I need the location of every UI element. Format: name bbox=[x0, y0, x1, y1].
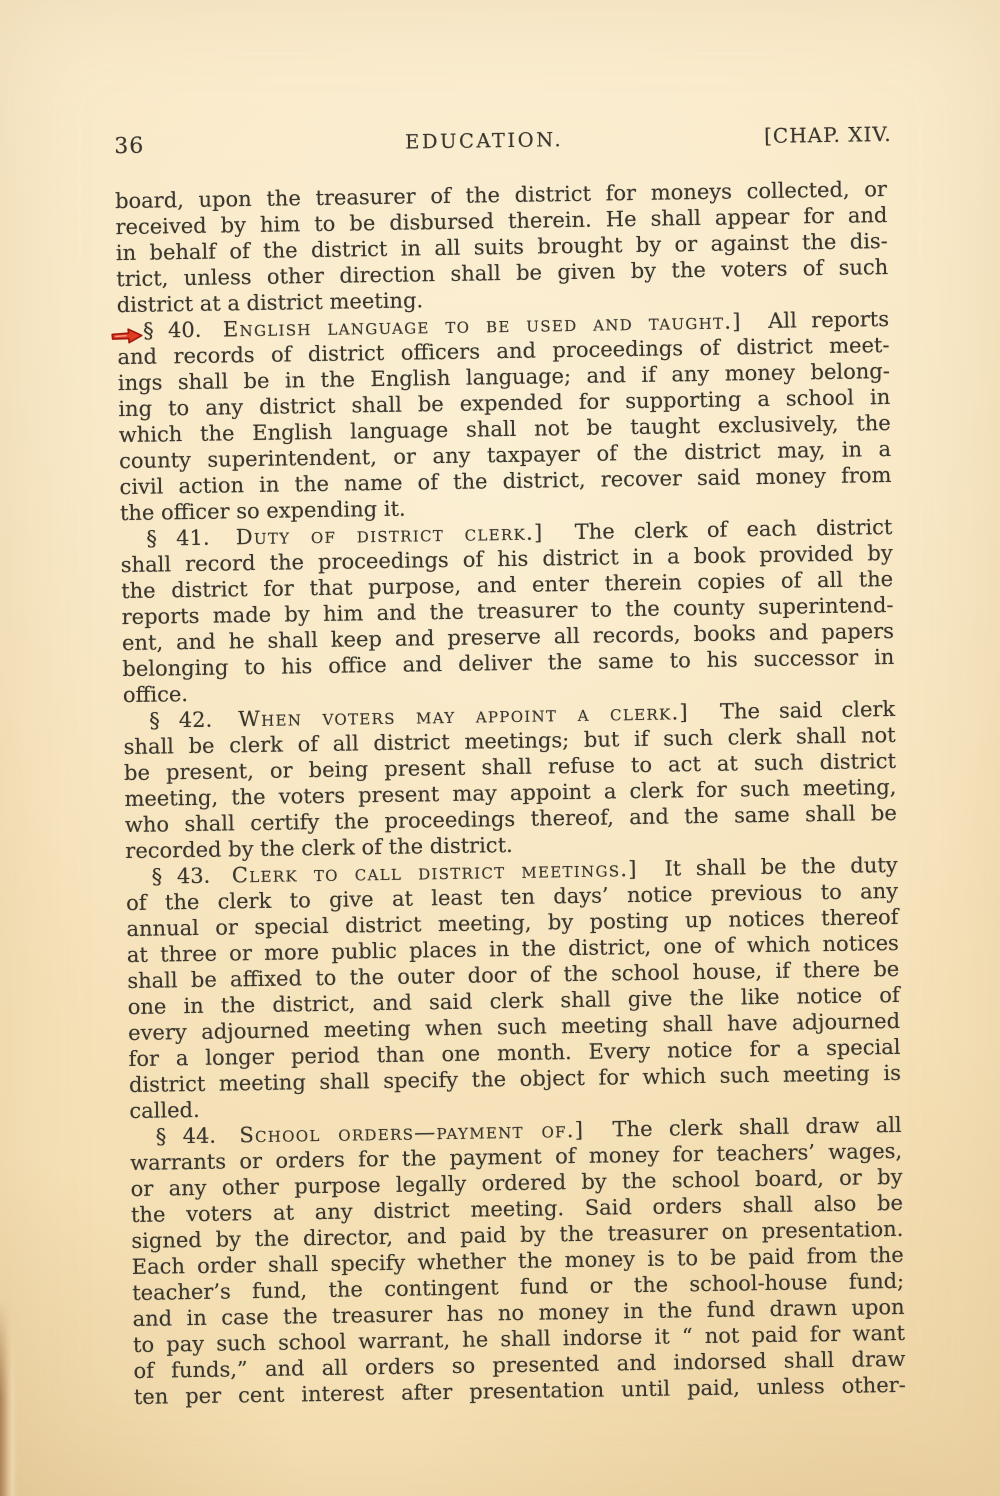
section-number: § 40. bbox=[143, 318, 209, 343]
section-lead-text: It shall be the duty bbox=[652, 853, 898, 881]
section-lead-text: The clerk shall draw all bbox=[600, 1113, 901, 1142]
page-number: 36 bbox=[114, 133, 204, 159]
chapter-label: [CHAP. XIV. bbox=[764, 122, 886, 148]
section-44: § 44. School orders—payment of.] The cle… bbox=[130, 1112, 906, 1410]
section-41: § 41. Duty of district clerk.] The clerk… bbox=[120, 514, 895, 708]
section-number: § 44. bbox=[156, 1124, 224, 1149]
statute-text: board, upon the treasurer of the distric… bbox=[115, 176, 906, 1410]
section-40: § 40. English language to be used and ta… bbox=[117, 306, 892, 526]
paragraph-continuation: board, upon the treasurer of the distric… bbox=[115, 176, 889, 318]
section-number: § 43. bbox=[152, 864, 218, 889]
running-title: EDUCATION. bbox=[204, 125, 764, 157]
section-number: § 41. bbox=[146, 526, 217, 551]
section-lead-text: The said clerk bbox=[708, 697, 896, 724]
book-page: 36 EDUCATION. [CHAP. XIV. board, upon th… bbox=[0, 0, 1000, 1496]
red-arrow-icon bbox=[110, 325, 144, 344]
section-heading: Duty of district clerk.] bbox=[236, 520, 544, 549]
page-binding-edge bbox=[0, 1301, 18, 1496]
section-43: § 43. Clerk to call district meetings.] … bbox=[125, 852, 901, 1124]
section-42: § 42. When voters may appoint a clerk.] … bbox=[123, 696, 897, 864]
scanned-page-content: 36 EDUCATION. [CHAP. XIV. board, upon th… bbox=[114, 122, 906, 1410]
page-header: 36 EDUCATION. [CHAP. XIV. bbox=[114, 122, 886, 159]
section-lead-text: All reports bbox=[756, 307, 889, 333]
section-number: § 42. bbox=[149, 708, 219, 733]
